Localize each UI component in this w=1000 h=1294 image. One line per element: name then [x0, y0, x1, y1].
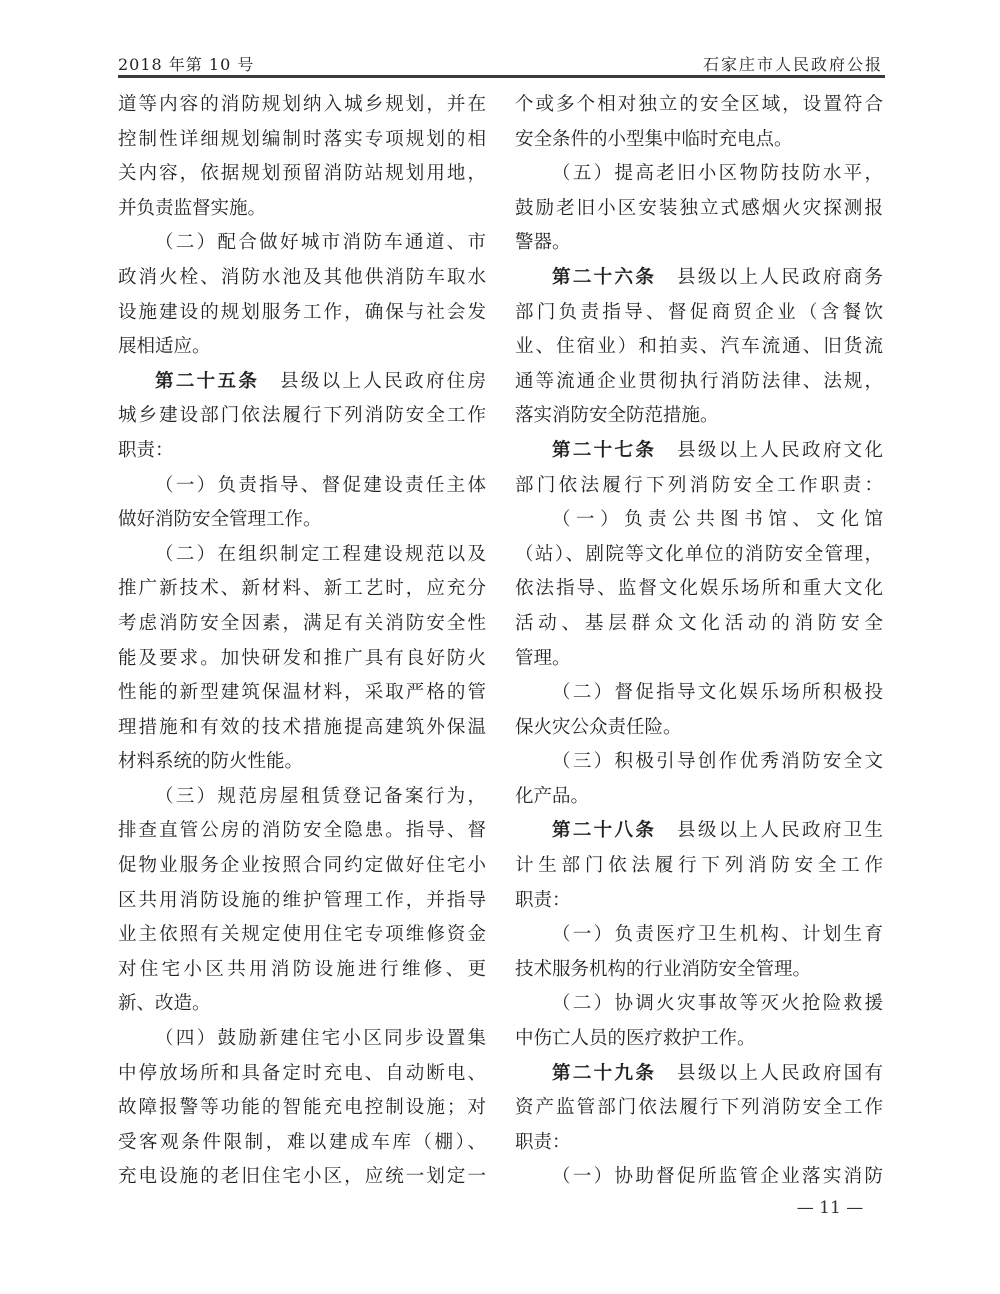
line-text: 区共用消防设施的维护管理工作，并指导 — [118, 890, 486, 911]
line-text: 管理。 — [515, 648, 571, 669]
line-text: 中停放场所和具备定时充电、自动断电、 — [118, 1063, 486, 1084]
line-text: （一）协助督促所监管企业落实消防 — [552, 1166, 883, 1187]
text-line: 新、改造。 — [118, 987, 486, 1022]
text-line: 并负责监督实施。 — [118, 192, 486, 227]
line-text: 充电设施的老旧住宅小区，应统一划定一 — [118, 1166, 486, 1187]
article-line: 第二十七条 县级以上人民政府文化 — [515, 434, 883, 469]
line-text: 县级以上人民政府商务 — [656, 267, 883, 288]
text-line: 展相适应。 — [118, 330, 486, 365]
text-line: （二）督促指导文化娱乐场所积极投 — [515, 676, 883, 711]
text-line: 能及要求。加快研发和推广具有良好防火 — [118, 642, 486, 677]
line-text: （二）在组织制定工程建设规范以及 — [155, 544, 486, 565]
text-line: 故障报警等功能的智能充电控制设施；对 — [118, 1091, 486, 1126]
article-number: 第二十九条 — [552, 1063, 656, 1084]
line-text: 新、改造。 — [118, 993, 211, 1014]
line-text: 推广新技术、新材料、新工艺时，应充分 — [118, 578, 486, 599]
page-header: 2018 年第 10 号 石家庄市人民政府公报 — [118, 46, 883, 74]
line-text: 安全条件的小型集中临时充电点。 — [515, 129, 793, 150]
text-line: （二）配合做好城市消防车通道、市 — [118, 226, 486, 261]
article-number: 第二十五条 — [155, 371, 259, 392]
header-rule — [118, 75, 885, 78]
text-line: 区共用消防设施的维护管理工作，并指导 — [118, 884, 486, 919]
text-line: 职责： — [515, 1126, 883, 1161]
line-text: 控制性详细规划编制时落实专项规划的相 — [118, 129, 486, 150]
text-line: 部门负责指导、督促商贸企业（含餐饮 — [515, 296, 883, 331]
line-text: 业、住宿业）和拍卖、汽车流通、旧货流 — [515, 336, 883, 357]
line-text: 排查直管公房的消防安全隐患。指导、督 — [118, 820, 486, 841]
line-text: （三）规范房屋租赁登记备案行为， — [155, 786, 486, 807]
line-text: 故障报警等功能的智能充电控制设施；对 — [118, 1097, 486, 1118]
line-text: 做好消防安全管理工作。 — [118, 509, 322, 530]
text-line: （四）鼓励新建住宅小区同步设置集 — [118, 1022, 486, 1057]
line-text: （二）督促指导文化娱乐场所积极投 — [552, 682, 883, 703]
text-line: 性能的新型建筑保温材料，采取严格的管 — [118, 676, 486, 711]
text-line: 充电设施的老旧住宅小区，应统一划定一 — [118, 1160, 486, 1195]
line-text: 政消火栓、消防水池及其他供消防车取水 — [118, 267, 486, 288]
line-text: （三）积极引导创作优秀消防安全文 — [552, 751, 883, 772]
line-text: 理措施和有效的技术措施提高建筑外保温 — [118, 717, 486, 738]
line-text: 考虑消防安全因素，满足有关消防安全性 — [118, 613, 486, 634]
line-text: 化产品。 — [515, 786, 589, 807]
line-text: 职责： — [118, 440, 174, 461]
article-number: 第二十七条 — [552, 440, 656, 461]
line-text: 县级以上人民政府卫生 — [656, 820, 883, 841]
line-text: 设施建设的规划服务工作，确保与社会发 — [118, 302, 486, 323]
text-line: （一）负责医疗卫生机构、计划生育 — [515, 918, 883, 953]
text-line: 通等流通企业贯彻执行消防法律、法规， — [515, 365, 883, 400]
line-text: 个或多个相对独立的安全区域，设置符合 — [515, 94, 883, 115]
line-text: （站）、剧院等文化单位的消防安全管理， — [515, 544, 883, 565]
text-line: 道等内容的消防规划纳入城乡规划，并在 — [118, 88, 486, 123]
text-line: 排查直管公房的消防安全隐患。指导、督 — [118, 814, 486, 849]
article-line: 第二十八条 县级以上人民政府卫生 — [515, 814, 883, 849]
line-text: 保火灾公众责任险。 — [515, 717, 682, 738]
text-line: （一）负责指导、督促建设责任主体 — [118, 469, 486, 504]
line-text: 部门依法履行下列消防安全工作职责： — [515, 475, 883, 496]
line-text: 县级以上人民政府文化 — [656, 440, 883, 461]
text-line: 中停放场所和具备定时充电、自动断电、 — [118, 1057, 486, 1092]
line-text: （一）负责指导、督促建设责任主体 — [155, 475, 486, 496]
text-line: 职责： — [118, 434, 486, 469]
text-line: 理措施和有效的技术措施提高建筑外保温 — [118, 711, 486, 746]
text-line: 警器。 — [515, 226, 883, 261]
text-line: 中伤亡人员的医疗救护工作。 — [515, 1022, 883, 1057]
line-text: 活动、基层群众文化活动的消防安全 — [515, 613, 883, 634]
text-line: 城乡建设部门依法履行下列消防安全工作 — [118, 399, 486, 434]
text-line: （一）协助督促所监管企业落实消防 — [515, 1160, 883, 1195]
line-text: 城乡建设部门依法履行下列消防安全工作 — [118, 405, 486, 426]
article-line: 第二十九条 县级以上人民政府国有 — [515, 1057, 883, 1092]
line-text: 展相适应。 — [118, 336, 211, 357]
line-text: 材料系统的防火性能。 — [118, 751, 303, 772]
line-text: （五）提高老旧小区物防技防水平， — [552, 163, 883, 184]
text-line: 材料系统的防火性能。 — [118, 745, 486, 780]
text-line: 鼓励老旧小区安装独立式感烟火灾探测报 — [515, 192, 883, 227]
text-line: 活动、基层群众文化活动的消防安全 — [515, 607, 883, 642]
text-line: 技术服务机构的行业消防安全管理。 — [515, 953, 883, 988]
line-text: 性能的新型建筑保温材料，采取严格的管 — [118, 682, 486, 703]
line-text: 技术服务机构的行业消防安全管理。 — [515, 959, 811, 980]
text-line: 对住宅小区共用消防设施进行维修、更 — [118, 953, 486, 988]
line-text: 县级以上人民政府国有 — [656, 1063, 883, 1084]
line-text: （一）负责公共图书馆、文化馆 — [552, 509, 883, 530]
line-text: 职责： — [515, 890, 571, 911]
line-text: 鼓励老旧小区安装独立式感烟火灾探测报 — [515, 198, 883, 219]
text-line: 资产监管部门依法履行下列消防安全工作 — [515, 1091, 883, 1126]
article-line: 第二十六条 县级以上人民政府商务 — [515, 261, 883, 296]
line-text: 业主依照有关规定使用住宅专项维修资金 — [118, 924, 486, 945]
text-line: 政消火栓、消防水池及其他供消防车取水 — [118, 261, 486, 296]
article-line: 第二十五条 县级以上人民政府住房 — [118, 365, 486, 400]
text-line: 依法指导、监督文化娱乐场所和重大文化 — [515, 572, 883, 607]
line-text: 职责： — [515, 1132, 571, 1153]
text-line: 控制性详细规划编制时落实专项规划的相 — [118, 123, 486, 158]
text-line: 个或多个相对独立的安全区域，设置符合 — [515, 88, 883, 123]
text-line: （二）在组织制定工程建设规范以及 — [118, 538, 486, 573]
line-text: 对住宅小区共用消防设施进行维修、更 — [118, 959, 486, 980]
line-text: （一）负责医疗卫生机构、计划生育 — [552, 924, 883, 945]
line-text: 部门负责指导、督促商贸企业（含餐饮 — [515, 302, 883, 323]
text-line: 落实消防安全防范措施。 — [515, 399, 883, 434]
left-column: 道等内容的消防规划纳入城乡规划，并在控制性详细规划编制时落实专项规划的相关内容，… — [118, 88, 486, 1195]
text-line: （二）协调火灾事故等灭火抢险救援 — [515, 987, 883, 1022]
line-text: （四）鼓励新建住宅小区同步设置集 — [155, 1028, 486, 1049]
text-line: 安全条件的小型集中临时充电点。 — [515, 123, 883, 158]
article-number: 第二十六条 — [552, 267, 656, 288]
text-line: 促物业服务企业按照合同约定做好住宅小 — [118, 849, 486, 884]
page-number: — 11 — — [780, 1198, 880, 1218]
text-line: 业、住宿业）和拍卖、汽车流通、旧货流 — [515, 330, 883, 365]
article-number: 第二十八条 — [552, 820, 656, 841]
text-line: 关内容，依据规划预留消防站规划用地， — [118, 157, 486, 192]
text-line: 化产品。 — [515, 780, 883, 815]
text-line: （一）负责公共图书馆、文化馆 — [515, 503, 883, 538]
issue-label: 2018 年第 10 号 — [118, 52, 254, 75]
line-text: 道等内容的消防规划纳入城乡规划，并在 — [118, 94, 486, 115]
publication-title: 石家庄市人民政府公报 — [703, 52, 883, 75]
text-line: 保火灾公众责任险。 — [515, 711, 883, 746]
text-line: 推广新技术、新材料、新工艺时，应充分 — [118, 572, 486, 607]
line-text: 促物业服务企业按照合同约定做好住宅小 — [118, 855, 486, 876]
right-column: 个或多个相对独立的安全区域，设置符合安全条件的小型集中临时充电点。（五）提高老旧… — [515, 88, 883, 1195]
text-line: 受客观条件限制，难以建成车库（棚）、 — [118, 1126, 486, 1161]
line-text: 资产监管部门依法履行下列消防安全工作 — [515, 1097, 883, 1118]
line-text: 计生部门依法履行下列消防安全工作 — [515, 855, 883, 876]
text-line: 职责： — [515, 884, 883, 919]
text-line: （三）规范房屋租赁登记备案行为， — [118, 780, 486, 815]
line-text: 县级以上人民政府住房 — [259, 371, 486, 392]
line-text: （二）配合做好城市消防车通道、市 — [155, 232, 486, 253]
text-line: 做好消防安全管理工作。 — [118, 503, 486, 538]
line-text: 通等流通企业贯彻执行消防法律、法规， — [515, 371, 883, 392]
line-text: 警器。 — [515, 232, 571, 253]
line-text: （二）协调火灾事故等灭火抢险救援 — [552, 993, 883, 1014]
line-text: 并负责监督实施。 — [118, 198, 266, 219]
line-text: 落实消防安全防范措施。 — [515, 405, 719, 426]
line-text: 能及要求。加快研发和推广具有良好防火 — [118, 648, 486, 669]
text-line: 设施建设的规划服务工作，确保与社会发 — [118, 296, 486, 331]
text-line: 部门依法履行下列消防安全工作职责： — [515, 469, 883, 504]
line-text: 中伤亡人员的医疗救护工作。 — [515, 1028, 756, 1049]
line-text: 关内容，依据规划预留消防站规划用地， — [118, 163, 486, 184]
text-line: （三）积极引导创作优秀消防安全文 — [515, 745, 883, 780]
text-line: 考虑消防安全因素，满足有关消防安全性 — [118, 607, 486, 642]
text-line: 管理。 — [515, 642, 883, 677]
text-line: （五）提高老旧小区物防技防水平， — [515, 157, 883, 192]
text-line: （站）、剧院等文化单位的消防安全管理， — [515, 538, 883, 573]
text-line: 计生部门依法履行下列消防安全工作 — [515, 849, 883, 884]
line-text: 受客观条件限制，难以建成车库（棚）、 — [118, 1132, 486, 1153]
line-text: 依法指导、监督文化娱乐场所和重大文化 — [515, 578, 883, 599]
text-line: 业主依照有关规定使用住宅专项维修资金 — [118, 918, 486, 953]
